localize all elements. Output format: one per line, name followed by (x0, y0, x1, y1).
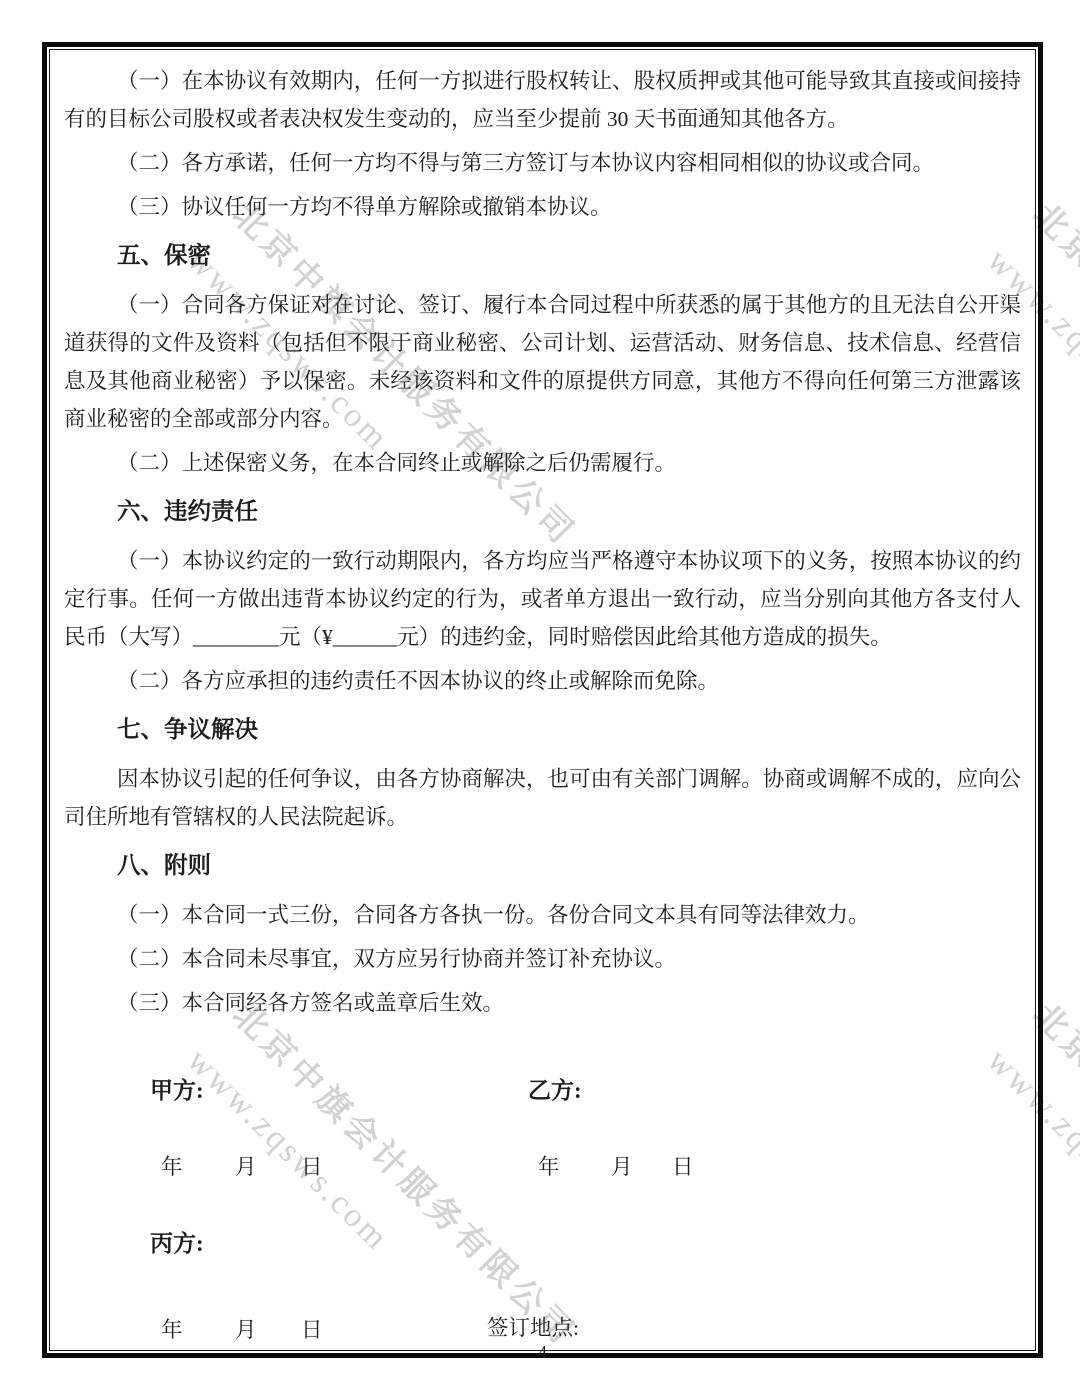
signing-place-label: 签订地点: (487, 1311, 579, 1342)
date-month-label: 月 (235, 1150, 257, 1181)
section-heading-confidentiality: 五、保密 (64, 237, 1021, 275)
clause-paragraph: （二）本合同未尽事宜，双方应另行协商并签订补充协议。 (64, 940, 1021, 978)
signature-section: 甲方: 乙方: 年 月 日 年 月 日 丙方: 年 月 日 签订地点: 4 (64, 1072, 1021, 1384)
section-heading-dispute-resolution: 七、争议解决 (64, 711, 1021, 749)
date-year-label: 年 (161, 1313, 183, 1344)
clause-paragraph: （三）协议任何一方均不得单方解除或撤销本协议。 (64, 188, 1021, 226)
clause-paragraph: 因本协议引起的任何争议，由各方协商解决，也可由有关部门调解。协商或调解不成的，应… (64, 760, 1021, 836)
party-c-label: 丙方: (150, 1225, 204, 1258)
party-a-label: 甲方: (150, 1072, 204, 1105)
scanned-contract-page: 北京中旗会计服务有限公司 www.zqsws.com 北京中旗会计服务有限公司 … (0, 0, 1080, 1398)
date-year-label: 年 (161, 1150, 183, 1181)
date-month-label: 月 (611, 1150, 633, 1181)
page-border-frame: （一）在本协议有效期内，任何一方拟进行股权转让、股权质押或其他可能导致其直接或间… (49, 49, 1036, 1351)
date-month-label: 月 (235, 1313, 257, 1344)
clause-paragraph: （二）各方应承担的违约责任不因本协议的终止或解除而免除。 (64, 662, 1021, 700)
party-b-label: 乙方: (528, 1072, 582, 1105)
date-day-label: 日 (301, 1150, 323, 1181)
section-heading-supplementary: 八、附则 (64, 847, 1021, 885)
clause-paragraph: （三）本合同经各方签名或盖章后生效。 (64, 984, 1021, 1022)
date-day-label: 日 (301, 1313, 323, 1344)
clause-paragraph: （一）本合同一式三份，合同各方各执一份。各份合同文本具有同等法律效力。 (64, 896, 1021, 934)
clause-paragraph: （一）本协议约定的一致行动期限内，各方均应当严格遵守本协议项下的义务，按照本协议… (64, 542, 1021, 656)
clause-paragraph: （二）上述保密义务，在本合同终止或解除之后仍需履行。 (64, 444, 1021, 482)
section-heading-breach-liability: 六、违约责任 (64, 493, 1021, 531)
clause-paragraph: （一）合同各方保证对在讨论、签订、履行本合同过程中所获悉的属于其他方的且无法自公… (64, 286, 1021, 438)
clause-paragraph: （二）各方承诺，任何一方均不得与第三方签订与本协议内容相同相似的协议或合同。 (64, 144, 1021, 182)
date-year-label: 年 (538, 1150, 560, 1181)
clause-paragraph: （一）在本协议有效期内，任何一方拟进行股权转让、股权质押或其他可能导致其直接或间… (64, 62, 1021, 138)
date-day-label: 日 (672, 1150, 694, 1181)
page-number: 4 (64, 1342, 1021, 1363)
